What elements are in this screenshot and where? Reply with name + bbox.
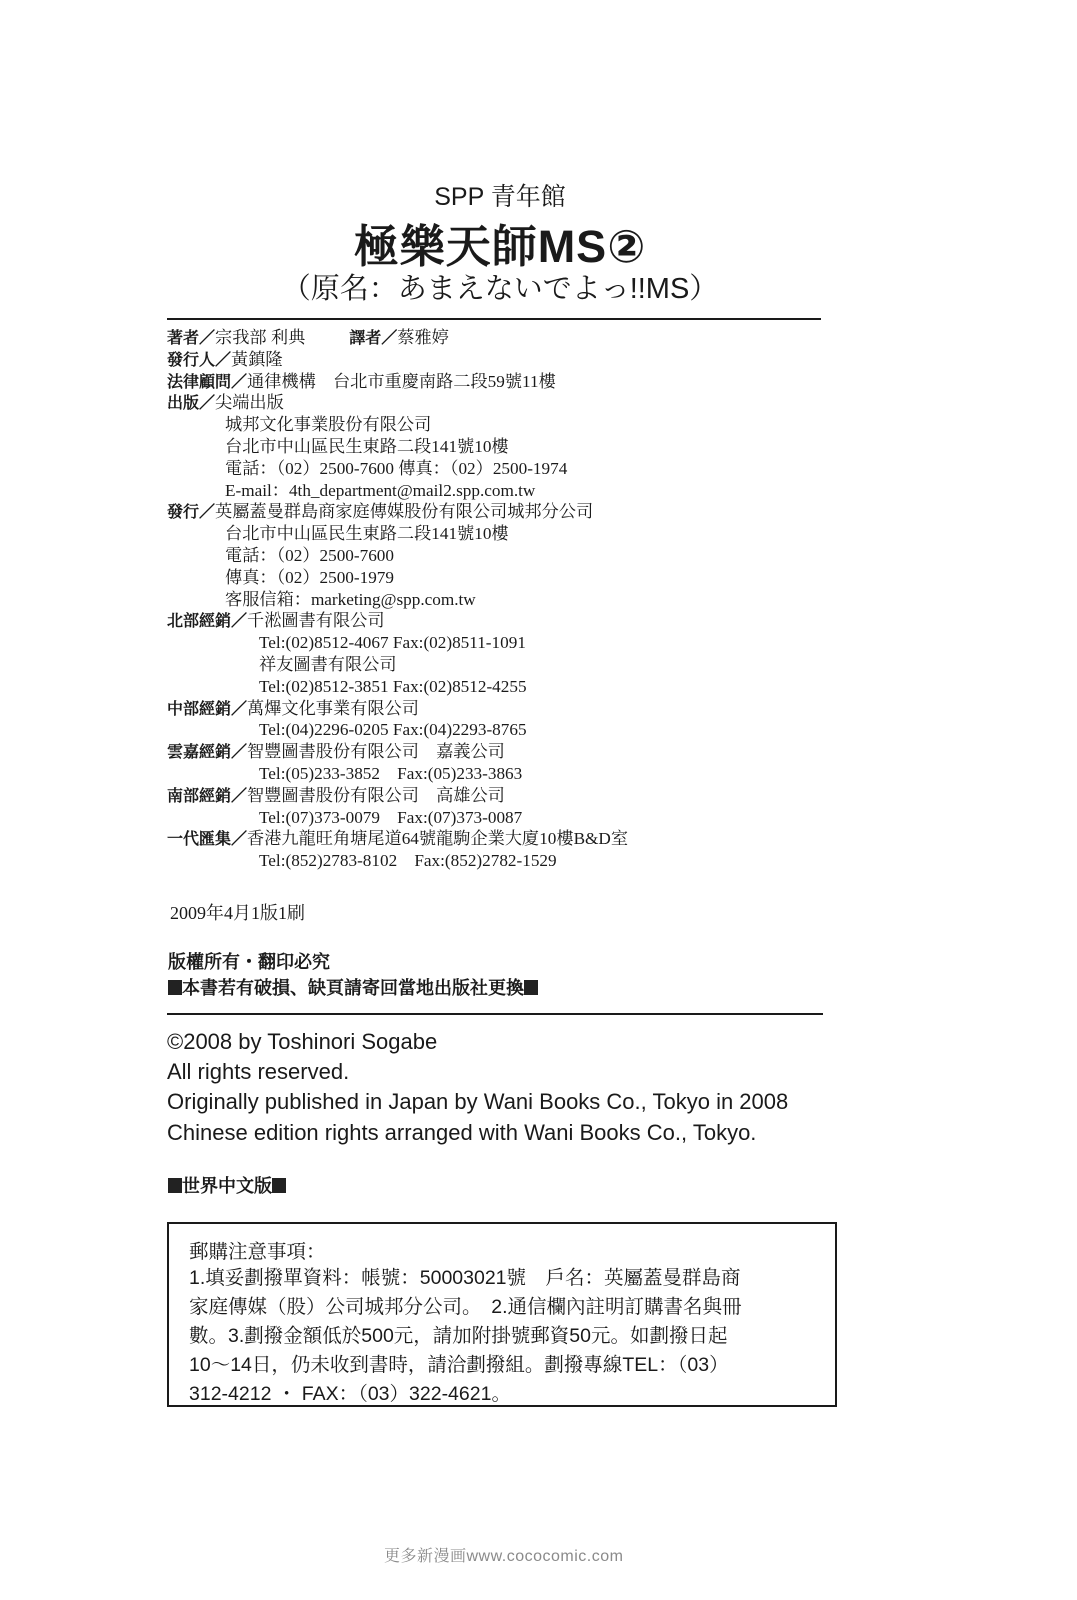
credit-value: 通律機構 台北市重慶南路二段59號11樓 bbox=[247, 371, 556, 393]
credit-row-author: 著者／ 宗我部 利典 譯者／ 蔡雅婷 bbox=[167, 327, 628, 349]
credit-detail: 傳真：（02）2500-1979 bbox=[167, 567, 628, 589]
notice-body: 1.填妥劃撥單資料：帳號：50003021號 戶名：英屬蓋曼群島商 家庭傳媒（股… bbox=[189, 1264, 824, 1409]
credit-detail: 城邦文化事業股份有限公司 bbox=[167, 414, 628, 436]
credit-row-central: 中部經銷／ 萬熚文化事業有限公司 bbox=[167, 698, 628, 720]
middle-divider bbox=[167, 1013, 823, 1015]
black-square-icon bbox=[524, 980, 538, 995]
credit-label: 發行人／ bbox=[167, 349, 231, 371]
credit-value: 英屬蓋曼群島商家庭傳媒股份有限公司城邦分公司 bbox=[215, 501, 593, 523]
credit-label: 南部經銷／ bbox=[167, 785, 247, 807]
credit-label: 發行／ bbox=[167, 501, 215, 523]
credit-row-publisher: 出版／ 尖端出版 bbox=[167, 392, 628, 414]
credit-label: 北部經銷／ bbox=[167, 610, 247, 632]
notice-line: 10～14日，仍未收到書時，請洽劃撥組。劃撥專線TEL：（03） bbox=[189, 1351, 824, 1380]
credit-value: 宗我部 利典 bbox=[215, 327, 305, 349]
credit-value: 智豐圖書股份有限公司 嘉義公司 bbox=[247, 741, 505, 763]
credit-label: 法律顧問／ bbox=[167, 371, 247, 393]
credit-label: 譯者／ bbox=[349, 327, 397, 349]
credit-email: E-mail：4th_department@mail2.spp.com.tw bbox=[167, 480, 628, 502]
series-label: SPP 青年館 bbox=[0, 177, 1000, 213]
credit-detail: Tel:(852)2783-8102 Fax:(852)2782-1529 bbox=[167, 850, 628, 872]
credits-block: 著者／ 宗我部 利典 譯者／ 蔡雅婷 發行人／ 黃鎮隆 法律顧問／ 通律機構 台… bbox=[167, 327, 628, 872]
credit-value: 千淞圖書有限公司 bbox=[247, 610, 385, 632]
black-square-icon bbox=[272, 1178, 286, 1193]
credit-value: 智豐圖書股份有限公司 高雄公司 bbox=[247, 785, 505, 807]
credit-value: 蔡雅婷 bbox=[397, 327, 449, 349]
credit-detail: Tel:(05)233-3852 Fax:(05)233-3863 bbox=[167, 763, 628, 785]
credit-detail: 台北市中山區民生東路二段141號10樓 bbox=[167, 436, 628, 458]
credit-row-north: 北部經銷／ 千淞圖書有限公司 bbox=[167, 610, 628, 632]
rights-text: 本書若有破損、缺頁請寄回當地出版社更換 bbox=[182, 978, 524, 998]
credit-value: 萬熚文化事業有限公司 bbox=[247, 698, 419, 720]
credit-row-hongkong: 一代匯集／ 香港九龍旺角塘尾道64號龍駒企業大廈10樓B&D室 bbox=[167, 828, 628, 850]
credit-detail: 台北市中山區民生東路二段141號10樓 bbox=[167, 523, 628, 545]
world-edition-text: 世界中文版 bbox=[182, 1176, 272, 1196]
notice-line: 家庭傳媒（股）公司城邦分公司。 2.通信欄內註明訂購書名與冊 bbox=[189, 1293, 824, 1322]
notice-line: 1.填妥劃撥單資料：帳號：50003021號 戶名：英屬蓋曼群島商 bbox=[189, 1264, 824, 1293]
credit-row-distribution: 發行／ 英屬蓋曼群島商家庭傳媒股份有限公司城邦分公司 bbox=[167, 501, 628, 523]
rights-line: 本書若有破損、缺頁請寄回當地出版社更換 bbox=[168, 975, 538, 1001]
credit-label: 出版／ bbox=[167, 392, 215, 414]
top-divider bbox=[167, 318, 821, 320]
credit-row-legal: 法律顧問／ 通律機構 台北市重慶南路二段59號11樓 bbox=[167, 371, 628, 393]
credit-detail: Tel:(02)8512-3851 Fax:(02)8512-4255 bbox=[167, 676, 628, 698]
credit-row-issuer: 發行人／ 黃鎮隆 bbox=[167, 349, 628, 371]
credit-value: 香港九龍旺角塘尾道64號龍駒企業大廈10樓B&D室 bbox=[247, 828, 628, 850]
notice-line: 312-4212 ・ FAX：（03）322-4621。 bbox=[189, 1380, 824, 1409]
black-square-icon bbox=[168, 1178, 182, 1193]
credit-detail: Tel:(04)2296-0205 Fax:(04)2293-8765 bbox=[167, 719, 628, 741]
world-edition-label: 世界中文版 bbox=[168, 1172, 286, 1198]
credit-detail: 電話：（02）2500-7600 傳真：（02）2500-1974 bbox=[167, 458, 628, 480]
credit-value: 尖端出版 bbox=[215, 392, 284, 414]
notice-line: 數。3.劃撥金額低於500元，請加附掛號郵資50元。如劃撥日起 bbox=[189, 1322, 824, 1351]
black-square-icon bbox=[168, 980, 182, 995]
edition-line: 2009年4月1版1刷 bbox=[170, 899, 305, 925]
rights-en-line: ©2008 by Toshinori Sogabe bbox=[167, 1027, 788, 1057]
credit-detail: 祥友圖書有限公司 bbox=[167, 654, 628, 676]
rights-chinese: 版權所有・翻印必究 本書若有破損、缺頁請寄回當地出版社更換 bbox=[168, 949, 538, 1001]
credit-label: 著者／ bbox=[167, 327, 215, 349]
credit-email: 客服信箱：marketing@spp.com.tw bbox=[167, 589, 628, 611]
credit-row-south: 南部經銷／ 智豐圖書股份有限公司 高雄公司 bbox=[167, 785, 628, 807]
credit-label: 雲嘉經銷／ bbox=[167, 741, 247, 763]
rights-en-line: Chinese edition rights arranged with Wan… bbox=[167, 1118, 788, 1148]
notice-title: 郵購注意事項： bbox=[189, 1236, 326, 1264]
original-title: （原名：あまえないでよっ!!MS） bbox=[0, 266, 1000, 307]
rights-en-line: All rights reserved. bbox=[167, 1057, 788, 1087]
credit-detail: 電話：（02）2500-7600 bbox=[167, 545, 628, 567]
rights-english: ©2008 by Toshinori Sogabe All rights res… bbox=[167, 1027, 788, 1148]
credit-row-yunjia: 雲嘉經銷／ 智豐圖書股份有限公司 嘉義公司 bbox=[167, 741, 628, 763]
rights-en-line: Originally published in Japan by Wani Bo… bbox=[167, 1087, 788, 1117]
credit-detail: Tel:(07)373-0079 Fax:(07)373-0087 bbox=[167, 807, 628, 829]
mail-order-notice-box: 郵購注意事項： 1.填妥劃撥單資料：帳號：50003021號 戶名：英屬蓋曼群島… bbox=[167, 1222, 837, 1407]
credit-detail: Tel:(02)8512-4067 Fax:(02)8511-1091 bbox=[167, 632, 628, 654]
rights-line: 版權所有・翻印必究 bbox=[168, 949, 538, 975]
watermark: 更多新漫画www.cococomic.com bbox=[384, 1543, 623, 1566]
credit-label: 中部經銷／ bbox=[167, 698, 247, 720]
credit-value: 黃鎮隆 bbox=[231, 349, 283, 371]
credit-label: 一代匯集／ bbox=[167, 828, 247, 850]
